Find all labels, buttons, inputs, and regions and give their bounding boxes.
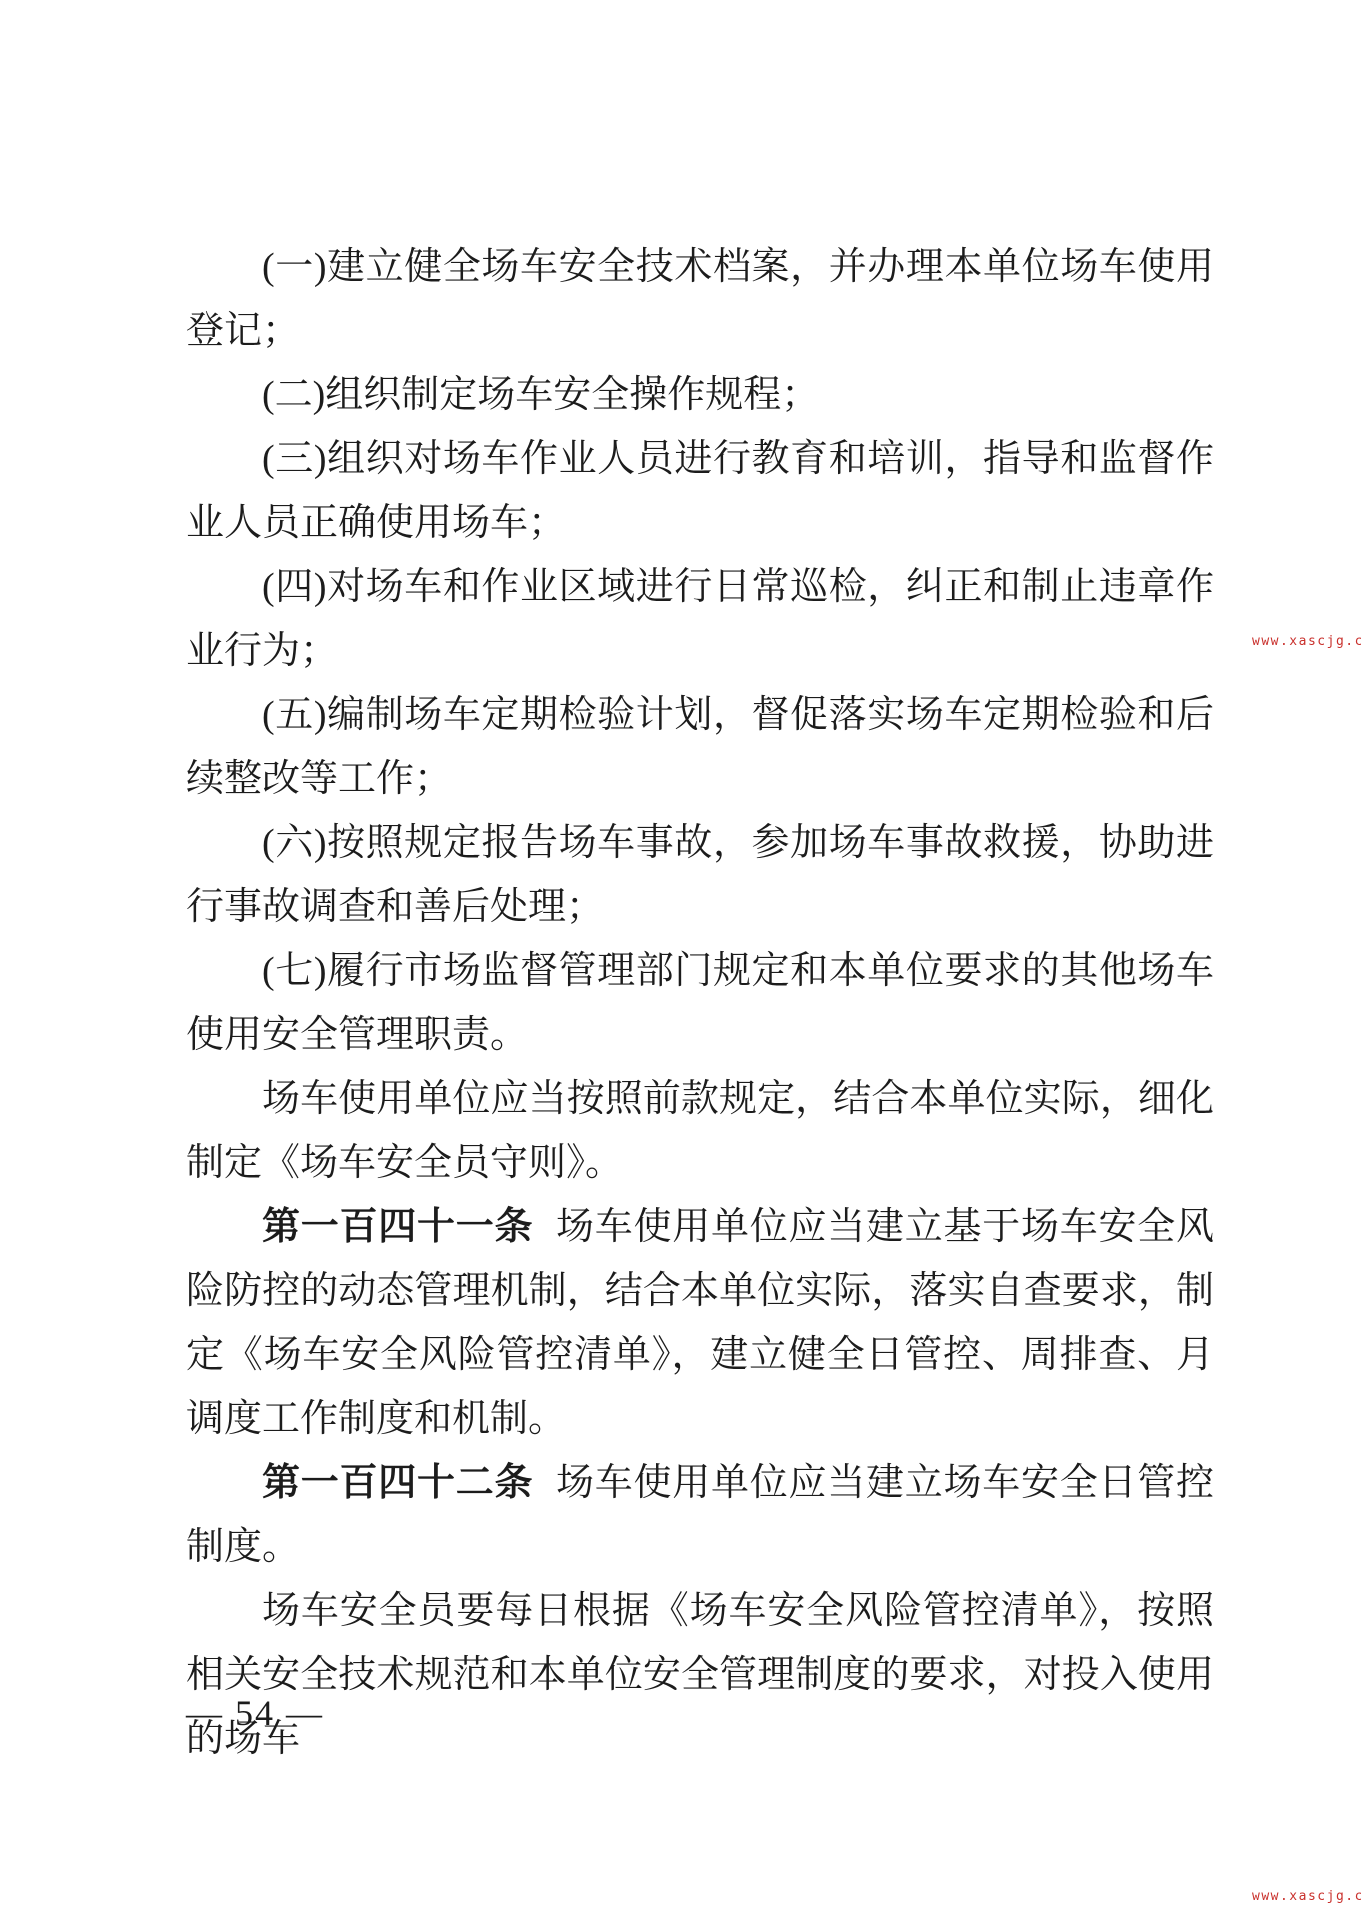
paragraph: 场车安全员要每日根据《场车安全风险管控清单》，按照相关安全技术规范和本单位安全管… — [186, 1579, 1214, 1771]
watermark-site-url: www.xascjg.cn — [1252, 634, 1361, 649]
paragraph: (四)对场车和作业区域进行日常巡检，纠正和制止违章作业行为； — [186, 555, 1214, 683]
paragraph: (七)履行市场监督管理部门规定和本单位要求的其他场车使用安全管理职责。 — [186, 939, 1214, 1067]
page-number: — 54 — — [186, 1692, 324, 1734]
paragraph: (三)组织对场车作业人员进行教育和培训，指导和监督作业人员正确使用场车； — [186, 427, 1214, 555]
document-page: (一)建立健全场车安全技术档案，并办理本单位场车使用登记； (二)组织制定场车安… — [0, 0, 1361, 1909]
paragraph: (六)按照规定报告场车事故，参加场车事故救援，协助进行事故调查和善后处理； — [186, 811, 1214, 939]
paragraph: (一)建立健全场车安全技术档案，并办理本单位场车使用登记； — [186, 235, 1214, 363]
article-number-bold: 第一百四十二条 — [262, 1462, 533, 1504]
paragraph: 场车使用单位应当按照前款规定，结合本单位实际，细化制定《场车安全员守则》。 — [186, 1067, 1214, 1195]
paragraph: 第一百四十二条场车使用单位应当建立场车安全日管控制度。 — [186, 1451, 1214, 1579]
body-text: (一)建立健全场车安全技术档案，并办理本单位场车使用登记； (二)组织制定场车安… — [186, 235, 1214, 1771]
paragraph: (五)编制场车定期检验计划，督促落实场车定期检验和后续整改等工作； — [186, 683, 1214, 811]
watermark-site-url: www.xascjg.cn — [1252, 1889, 1361, 1904]
paragraph: (二)组织制定场车安全操作规程； — [186, 363, 1214, 427]
article-number-bold: 第一百四十一条 — [262, 1206, 533, 1248]
paragraph: 第一百四十一条场车使用单位应当建立基于场车安全风险防控的动态管理机制，结合本单位… — [186, 1195, 1214, 1451]
